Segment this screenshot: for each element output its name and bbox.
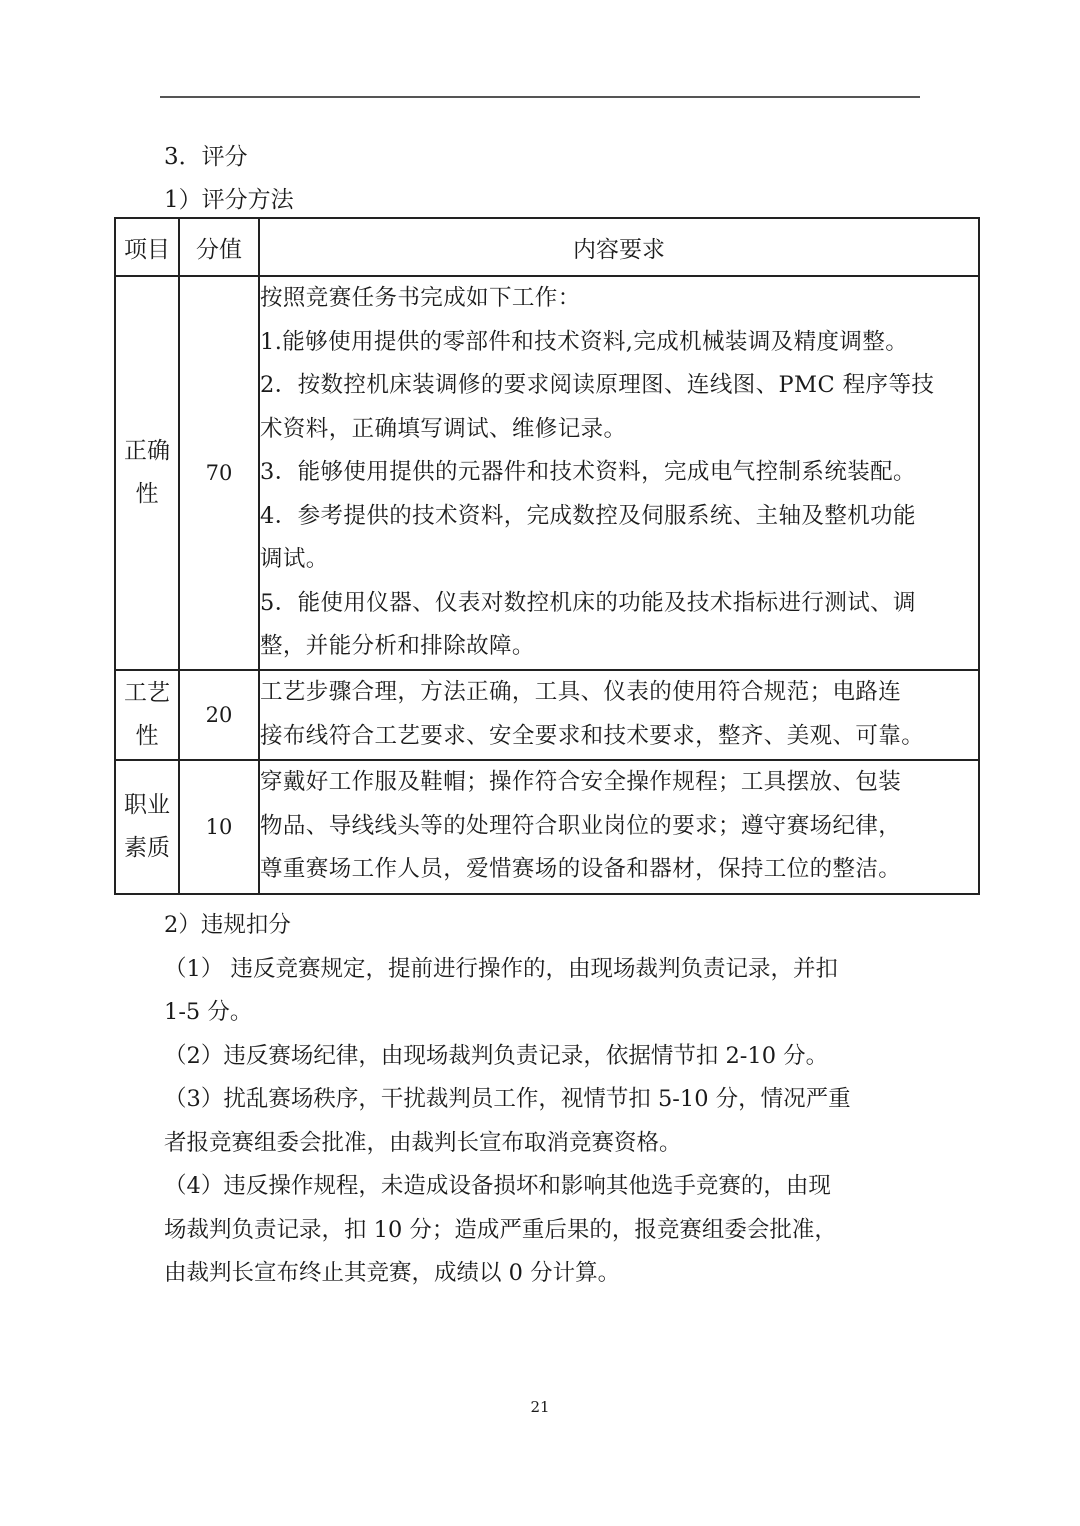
content-cell: 穿戴好工作服及鞋帽；操作符合安全操作规程；工具摆放、包装 物品、导线线头等的处理… <box>259 760 979 894</box>
content-line: 接布线符合工艺要求、安全要求和技术要求，整齐、美观、可靠。 <box>260 715 978 759</box>
table-header-row: 项目 分值 内容要求 <box>115 218 979 276</box>
violation-rules: 2）违规扣分 （1） 违反竞赛规定，提前进行操作的，由现场裁判负责记录，并扣 1… <box>164 904 924 1296</box>
content-line: 调试。 <box>260 538 978 582</box>
content-cell: 工艺步骤合理，方法正确，工具、仪表的使用符合规范；电路连 接布线符合工艺要求、安… <box>259 670 979 760</box>
content-line: 1.能够使用提供的零部件和技术资料,完成机械装调及精度调整。 <box>260 321 978 365</box>
section-title: 3．评分 <box>164 142 248 172</box>
rule-line: 者报竞赛组委会批准，由裁判长宣布取消竞赛资格。 <box>164 1122 924 1166</box>
content-line: 术资料，正确填写调试、维修记录。 <box>260 408 978 452</box>
table-row-professionalism: 职业 素质 10 穿戴好工作服及鞋帽；操作符合安全操作规程；工具摆放、包装 物品… <box>115 760 979 894</box>
item-line: 工艺 <box>116 672 178 715</box>
header-item: 项目 <box>115 218 179 276</box>
rule-line: （4）违反操作规程，未造成设备损坏和影响其他选手竞赛的，由现 <box>164 1165 924 1209</box>
score-cell: 20 <box>179 670 259 760</box>
content-line: 整，并能分析和排除故障。 <box>260 625 978 669</box>
table-row-correctness: 正确 性 70 按照竞赛任务书完成如下工作： 1.能够使用提供的零部件和技术资料… <box>115 276 979 670</box>
rule-line: 1-5 分。 <box>164 991 924 1035</box>
content-line: 3．能够使用提供的元器件和技术资料，完成电气控制系统装配。 <box>260 451 978 495</box>
content-line: 5．能使用仪器、仪表对数控机床的功能及技术指标进行测试、调 <box>260 582 978 626</box>
header-content: 内容要求 <box>259 218 979 276</box>
item-line: 正确 <box>116 430 178 473</box>
content-line: 物品、导线线头等的处理符合职业岗位的要求；遵守赛场纪律， <box>260 805 978 849</box>
content-line: 尊重赛场工作人员，爱惜赛场的设备和器材，保持工位的整洁。 <box>260 848 978 892</box>
rule-line: （3）扰乱赛场秩序，干扰裁判员工作，视情节扣 5-10 分，情况严重 <box>164 1078 924 1122</box>
content-line: 按照竞赛任务书完成如下工作： <box>260 277 978 321</box>
content-line: 2．按数控机床装调修的要求阅读原理图、连线图、PMC 程序等技 <box>260 364 978 408</box>
header-rule <box>160 96 920 98</box>
item-cell: 工艺 性 <box>115 670 179 760</box>
rule-line: （1） 违反竞赛规定，提前进行操作的，由现场裁判负责记录，并扣 <box>164 948 924 992</box>
item-cell: 正确 性 <box>115 276 179 670</box>
score-cell: 10 <box>179 760 259 894</box>
subsection-violations: 2）违规扣分 <box>164 904 924 948</box>
rule-line: 场裁判负责记录，扣 10 分；造成严重后果的，报竞赛组委会批准， <box>164 1209 924 1253</box>
score-cell: 70 <box>179 276 259 670</box>
item-cell: 职业 素质 <box>115 760 179 894</box>
scoring-table: 项目 分值 内容要求 正确 性 70 按照竞赛任务书完成如下工作： 1.能够使用… <box>114 217 980 895</box>
content-line: 工艺步骤合理，方法正确，工具、仪表的使用符合规范；电路连 <box>260 671 978 715</box>
page-number: 21 <box>0 1398 1080 1416</box>
content-line: 4．参考提供的技术资料，完成数控及伺服系统、主轴及整机功能 <box>260 495 978 539</box>
header-score: 分值 <box>179 218 259 276</box>
rule-line: （2）违反赛场纪律，由现场裁判负责记录，依据情节扣 2-10 分。 <box>164 1035 924 1079</box>
item-line: 性 <box>116 473 178 516</box>
subsection-scoring-method: 1）评分方法 <box>164 185 294 215</box>
content-line: 穿戴好工作服及鞋帽；操作符合安全操作规程；工具摆放、包装 <box>260 761 978 805</box>
item-line: 素质 <box>116 827 178 870</box>
content-cell: 按照竞赛任务书完成如下工作： 1.能够使用提供的零部件和技术资料,完成机械装调及… <box>259 276 979 670</box>
item-line: 性 <box>116 715 178 758</box>
rule-line: 由裁判长宣布终止其竞赛，成绩以 0 分计算。 <box>164 1252 924 1296</box>
item-line: 职业 <box>116 784 178 827</box>
table-row-craftsmanship: 工艺 性 20 工艺步骤合理，方法正确，工具、仪表的使用符合规范；电路连 接布线… <box>115 670 979 760</box>
